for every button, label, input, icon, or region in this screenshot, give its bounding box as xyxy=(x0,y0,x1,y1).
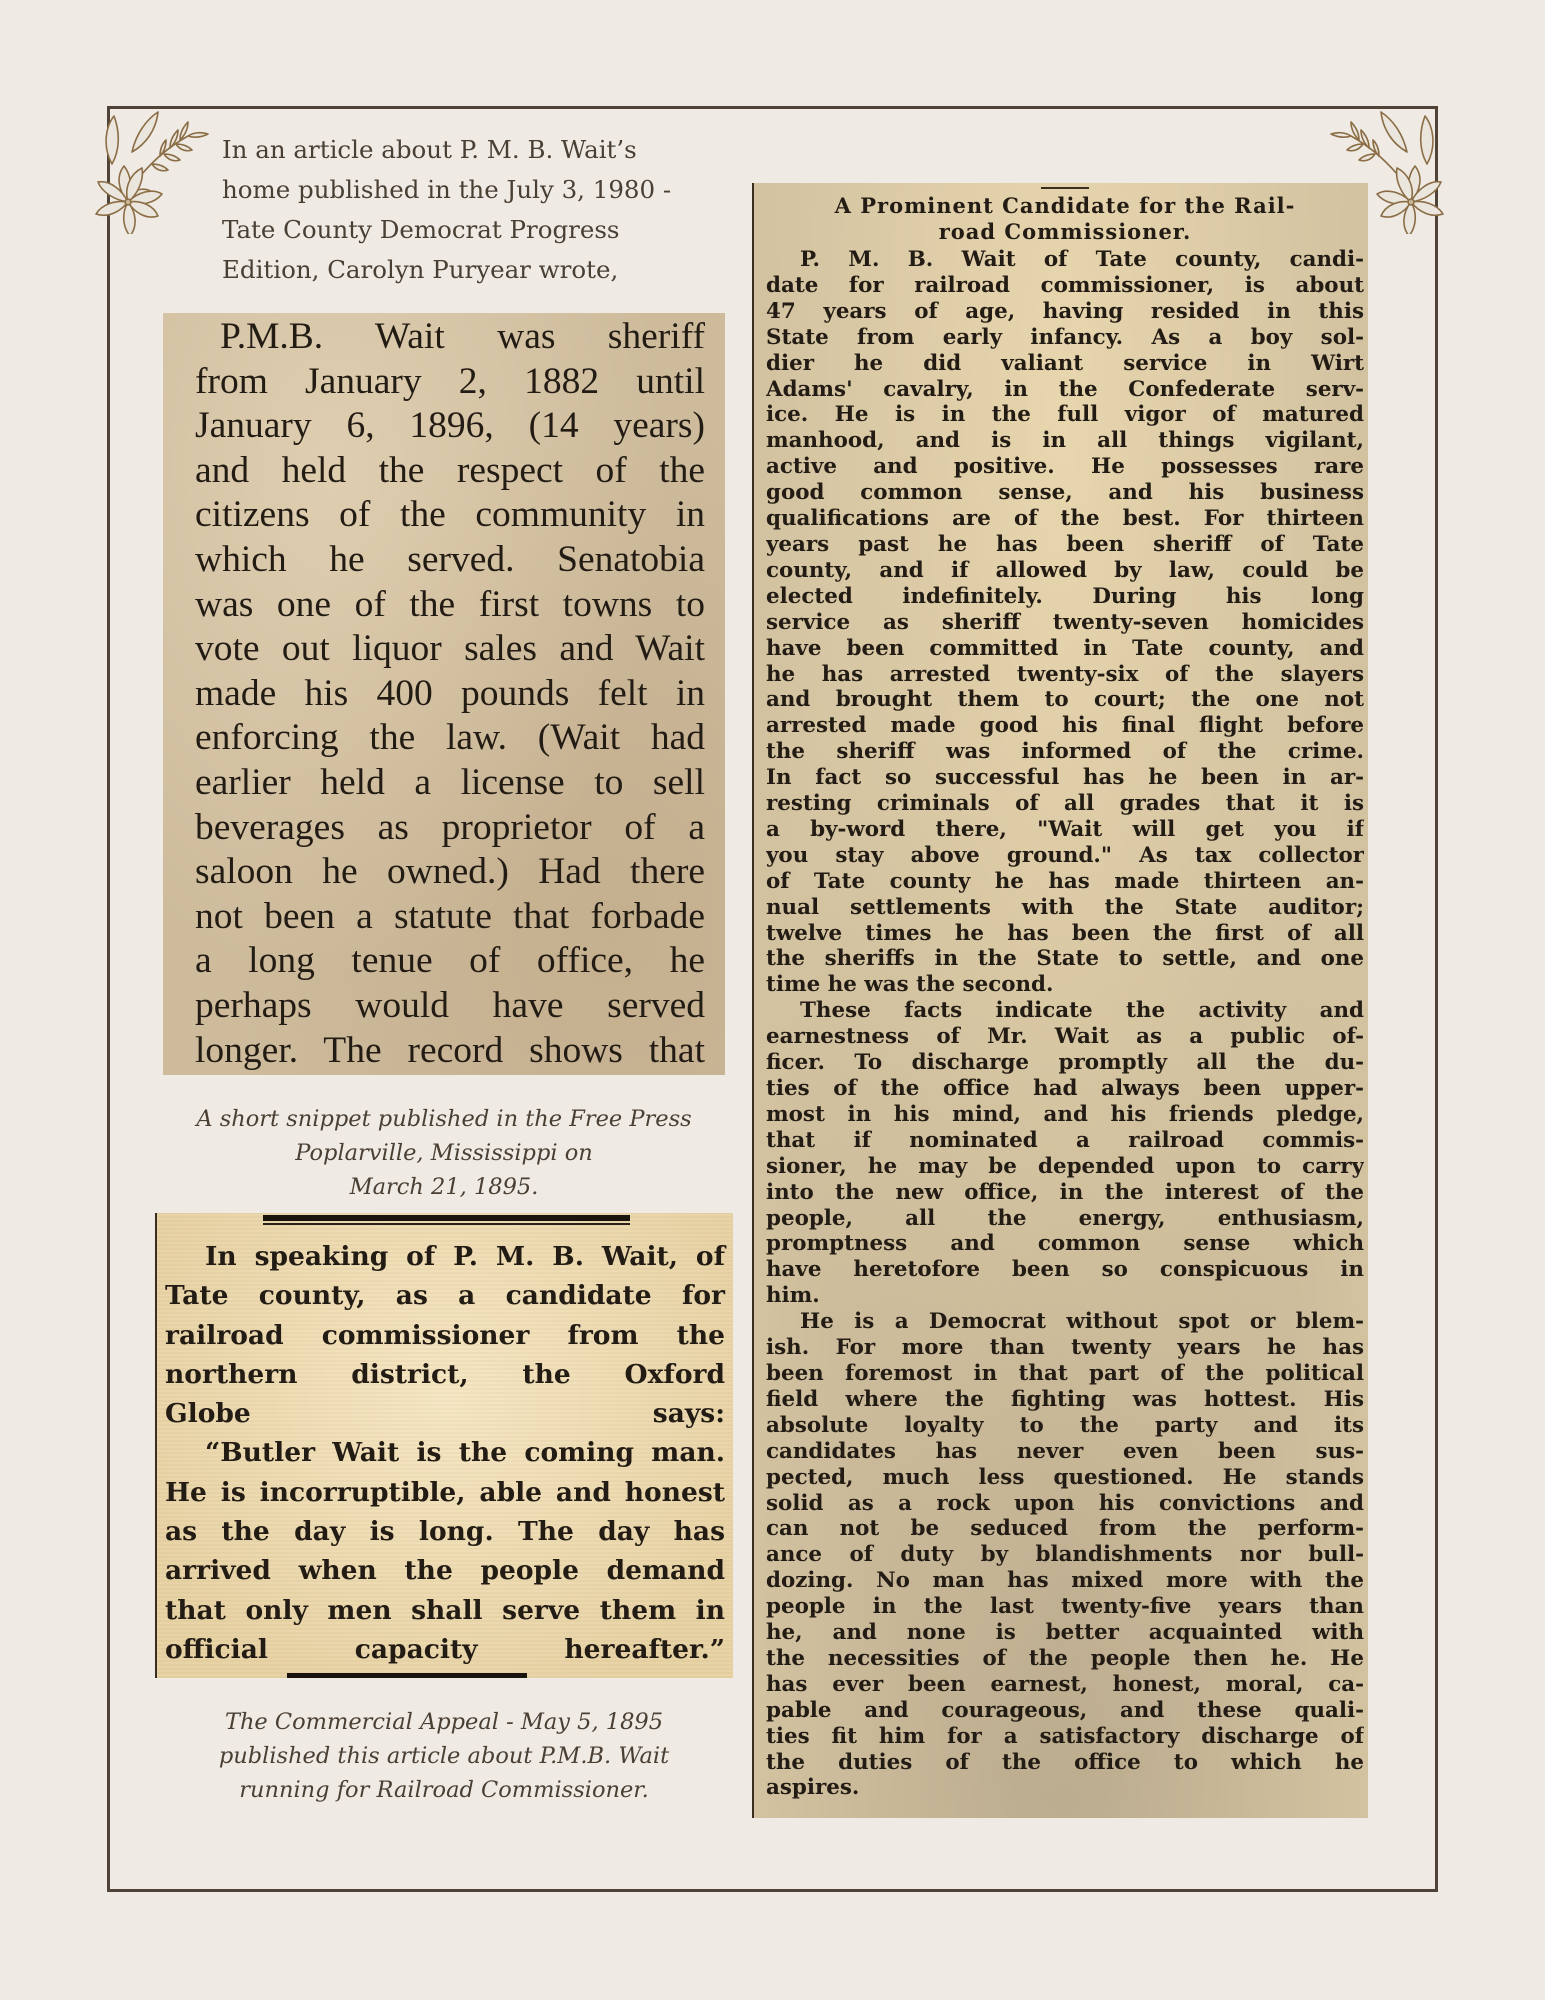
headline-line: A Prominent Candidate for the Rail- xyxy=(766,193,1364,219)
clipping-line: vote out liquor sales and Wait xyxy=(195,627,705,672)
clipping-line: the necessities of the people then he. H… xyxy=(766,1646,1364,1672)
clipping-line: pable and courageous, and these quali- xyxy=(766,1698,1364,1724)
clipping-line: the sheriff was informed of the crime. xyxy=(766,739,1364,765)
intro-line: Edition, Carolyn Puryear wrote, xyxy=(222,250,742,290)
clipping-line: enforcing the law. (Wait had xyxy=(195,716,705,761)
clipping-line: He is a Democrat without spot or blem- xyxy=(766,1309,1364,1335)
clipping-line: of Tate county he has made thirteen an- xyxy=(766,869,1364,895)
clipping-line: solid as a rock upon his convictions and xyxy=(766,1491,1364,1517)
clipping-line: he, and none is better acquainted with xyxy=(766,1620,1364,1646)
intro-line: In an article about P. M. B. Wait’s xyxy=(222,130,742,170)
clipping-line: State from early infancy. As a boy sol- xyxy=(766,325,1364,351)
clipping-line: that if nominated a railroad commis- xyxy=(766,1128,1364,1154)
clipping-line: ties fit him for a satisfactory discharg… xyxy=(766,1724,1364,1750)
caption-free-press: A short snippet published in the Free Pr… xyxy=(163,1102,725,1204)
clipping-line: people in the last twenty-five years tha… xyxy=(766,1594,1364,1620)
clipping-line: active and positive. He possesses rare xyxy=(766,454,1364,480)
newspaper-clipping-1980: P.M.B. Wait was sherifffrom January 2, 1… xyxy=(163,313,725,1075)
clipping-line: aspires. xyxy=(766,1775,1364,1801)
clipping-line: and held the respect of the xyxy=(195,449,705,494)
clipping-line: been foremost in that part of the politi… xyxy=(766,1361,1364,1387)
clipping-line: county, and if allowed by law, could be xyxy=(766,558,1364,584)
headline-dash xyxy=(1041,187,1089,189)
clipping-line: ish. For more than twenty years he has xyxy=(766,1335,1364,1361)
clipping-body: In speaking of P. M. B. Wait, ofTate cou… xyxy=(165,1225,725,1669)
clipping-line: twelve times he has been the first of al… xyxy=(766,921,1364,947)
clipping-line: has ever been earnest, honest, moral, ca… xyxy=(766,1672,1364,1698)
clipping-line: railroad commissioner from the xyxy=(165,1316,725,1355)
clipping-line: earnestness of Mr. Wait as a public of- xyxy=(766,1024,1364,1050)
clipping-line: Globe says: xyxy=(165,1394,725,1433)
clipping-line: dier he did valiant service in Wirt xyxy=(766,351,1364,377)
clipping-line: time he was the second. xyxy=(766,972,1364,998)
caption-line: The Commercial Appeal - May 5, 1895 xyxy=(163,1705,725,1739)
clipping-line: In speaking of P. M. B. Wait, of xyxy=(165,1237,725,1276)
clipping-line: people, all the energy, enthusiasm, xyxy=(766,1206,1364,1232)
clipping-line: not been a statute that forbade xyxy=(195,895,705,940)
clipping-line: ice. He is in the full vigor of matured xyxy=(766,402,1364,428)
clipping-line: pected, much less questioned. He stands xyxy=(766,1465,1364,1491)
clipping-line: he has arrested twenty-six of the slayer… xyxy=(766,662,1364,688)
clipping-line: a by-word there, "Wait will get you if xyxy=(766,817,1364,843)
clipping-line: can not be seduced from the perform- xyxy=(766,1516,1364,1542)
clipping-line: made his 400 pounds felt in xyxy=(195,672,705,717)
clipping-line: the duties of the office to which he xyxy=(766,1750,1364,1776)
clipping-line: service as sheriff twenty-seven homicide… xyxy=(766,610,1364,636)
clipping-line: ficer. To discharge promptly all the du- xyxy=(766,1050,1364,1076)
caption-line: published this article about P.M.B. Wait xyxy=(163,1739,725,1773)
caption-line: A short snippet published in the Free Pr… xyxy=(163,1102,725,1136)
clipping-line: P.M.B. Wait was sheriff xyxy=(195,315,705,360)
intro-paragraph: In an article about P. M. B. Wait’s home… xyxy=(222,130,742,290)
newspaper-clipping-commercial-appeal: A Prominent Candidate for the Rail- road… xyxy=(752,183,1368,1818)
clipping-line: Adams' cavalry, in the Confederate serv- xyxy=(766,377,1364,403)
intro-line: home published in the July 3, 1980 - xyxy=(222,170,742,210)
clipping-line: arrived when the people demand xyxy=(165,1551,725,1590)
clipping-line: resting criminals of all grades that it … xyxy=(766,791,1364,817)
caption-commercial-appeal: The Commercial Appeal - May 5, 1895 publ… xyxy=(163,1705,725,1807)
clipping-line: official capacity hereafter.” xyxy=(165,1630,725,1669)
clipping-line: He is incorruptible, able and honest xyxy=(165,1473,725,1512)
clipping-line: into the new office, in the interest of … xyxy=(766,1180,1364,1206)
clipping-body: P. M. B. Wait of Tate county, candi-date… xyxy=(766,247,1364,1801)
clipping-line: field where the fighting was hottest. Hi… xyxy=(766,1387,1364,1413)
clipping-line: the sheriffs in the State to settle, and… xyxy=(766,946,1364,972)
clipping-rule-bottom xyxy=(287,1673,527,1678)
clipping-line: good common sense, and his business xyxy=(766,480,1364,506)
clipping-line: you stay above ground." As tax collector xyxy=(766,843,1364,869)
caption-line: Poplarville, Mississippi on xyxy=(163,1136,725,1170)
clipping-line: sioner, he may be depended upon to carry xyxy=(766,1154,1364,1180)
clipping-line: which he served. Senatobia xyxy=(195,538,705,583)
clipping-line: date for railroad commissioner, is about xyxy=(766,273,1364,299)
clipping-rule-top xyxy=(263,1215,630,1225)
clipping-line: dozing. No man has mixed more with the xyxy=(766,1568,1364,1594)
clipping-line: years past he has been sheriff of Tate xyxy=(766,532,1364,558)
newspaper-clipping-free-press: In speaking of P. M. B. Wait, ofTate cou… xyxy=(155,1213,733,1678)
clipping-line: was one of the first towns to xyxy=(195,583,705,628)
clipping-line: longer. The record shows that xyxy=(195,1029,705,1074)
caption-line: running for Railroad Commissioner. xyxy=(163,1773,725,1807)
caption-line: March 21, 1895. xyxy=(163,1170,725,1204)
clipping-line: P. M. B. Wait of Tate county, candi- xyxy=(766,247,1364,273)
clipping-line: manhood, and is in all things vigilant, xyxy=(766,428,1364,454)
clipping-line: ance of duty by blandishments nor bull- xyxy=(766,1542,1364,1568)
clipping-line: ties of the office had always been upper… xyxy=(766,1076,1364,1102)
clipping-line: and brought them to court; the one not xyxy=(766,687,1364,713)
clipping-line: “Butler Wait is the coming man. xyxy=(165,1433,725,1472)
clipping-line: In fact so successful has he been in ar- xyxy=(766,765,1364,791)
clipping-line: as the day is long. The day has xyxy=(165,1512,725,1551)
clipping-line: These facts indicate the activity and xyxy=(766,998,1364,1024)
clipping-line: him. xyxy=(766,1283,1364,1309)
clipping-line: saloon he owned.) Had there xyxy=(195,850,705,895)
clipping-line: elected indefinitely. During his long xyxy=(766,584,1364,610)
clipping-line: most in his mind, and his friends pledge… xyxy=(766,1102,1364,1128)
clipping-line: January 6, 1896, (14 years) xyxy=(195,404,705,449)
floral-corner-top-left-icon xyxy=(84,104,214,234)
clipping-line: qualifications are of the best. For thir… xyxy=(766,506,1364,532)
clipping-line: have been committed in Tate county, and xyxy=(766,636,1364,662)
clipping-line: northern district, the Oxford xyxy=(165,1355,725,1394)
clipping-line: citizens of the community in xyxy=(195,493,705,538)
clipping-line: earlier held a license to sell xyxy=(195,761,705,806)
clipping-line: Tate county, as a candidate for xyxy=(165,1276,725,1315)
clipping-line: beverages as proprietor of a xyxy=(195,806,705,851)
clipping-line: have heretofore been so conspicuous in xyxy=(766,1257,1364,1283)
clipping-line: from January 2, 1882 until xyxy=(195,360,705,405)
clipping-line: promptness and common sense which xyxy=(766,1231,1364,1257)
clipping-line: a long tenue of office, he xyxy=(195,939,705,984)
clipping-line: nual settlements with the State auditor; xyxy=(766,895,1364,921)
intro-line: Tate County Democrat Progress xyxy=(222,210,742,250)
clipping-line: that only men shall serve them in xyxy=(165,1591,725,1630)
headline-line: road Commissioner. xyxy=(766,219,1364,245)
clipping-line: perhaps would have served xyxy=(195,984,705,1029)
clipping-line: 47 years of age, having resided in this xyxy=(766,299,1364,325)
clipping-line: arrested made good his final flight befo… xyxy=(766,713,1364,739)
clipping-line: absolute loyalty to the party and its xyxy=(766,1413,1364,1439)
clipping-headline: A Prominent Candidate for the Rail- road… xyxy=(766,193,1364,247)
clipping-line: candidates has never even been sus- xyxy=(766,1439,1364,1465)
